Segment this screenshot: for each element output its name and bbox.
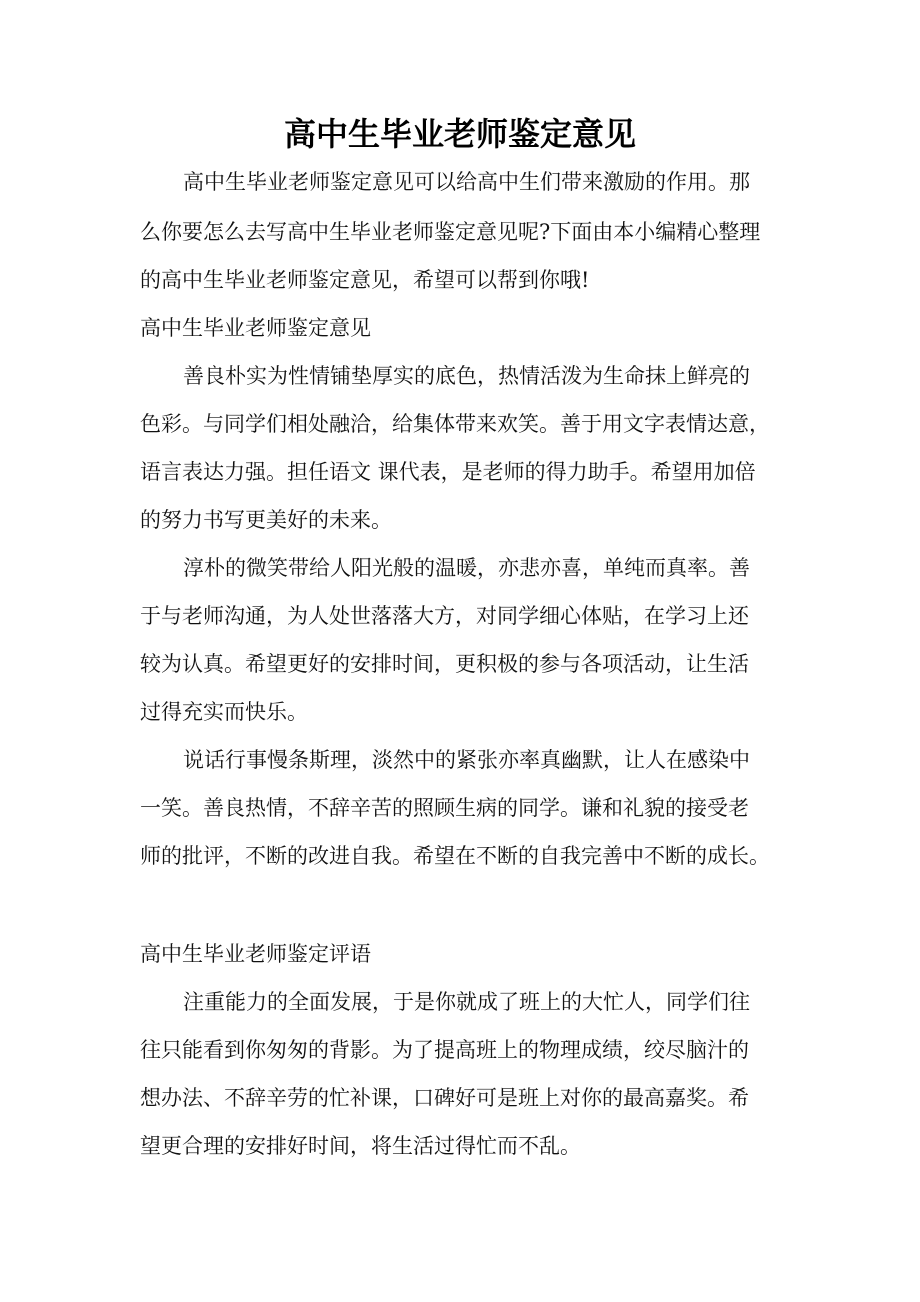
paragraph-line: 想办法、不辞辛劳的忙补课，口碑好可是班上对你的最高嘉奖。希	[140, 1083, 790, 1113]
paragraph-line: 于与老师沟通，为人处世落落大方，对同学细心体贴，在学习上还	[140, 601, 790, 631]
paragraph-line: 说话行事慢条斯理，淡然中的紧张亦率真幽默，让人在感染中	[183, 745, 790, 775]
intro-line: 的高中生毕业老师鉴定意见，希望可以帮到你哦!	[140, 265, 790, 295]
paragraph-line: 师的批评，不断的改进自我。希望在不断的自我完善中不断的成长。	[140, 841, 790, 871]
paragraph-line: 淳朴的微笑带给人阳光般的温暖，亦悲亦喜，单纯而真率。善	[183, 553, 790, 583]
section-heading: 高中生毕业老师鉴定评语	[140, 939, 790, 969]
document-title: 高中生毕业老师鉴定意见	[0, 112, 920, 156]
paragraph-line: 的努力书写更美好的未来。	[140, 505, 790, 535]
paragraph-line: 善良朴实为性情铺垫厚实的底色，热情活泼为生命抹上鲜亮的	[183, 361, 790, 391]
section-heading: 高中生毕业老师鉴定意见	[140, 313, 790, 343]
paragraph-line: 望更合理的安排好时间，将生活过得忙而不乱。	[140, 1131, 790, 1161]
paragraph-line: 色彩。与同学们相处融洽，给集体带来欢笑。善于用文字表情达意，	[140, 409, 790, 439]
document-page: 高中生毕业老师鉴定意见 高中生毕业老师鉴定意见可以给高中生们带来激励的作用。那 …	[0, 0, 920, 1302]
paragraph-line: 语言表达力强。担任语文 课代表，是老师的得力助手。希望用加倍	[140, 457, 790, 487]
paragraph-line: 往只能看到你匆匆的背影。为了提高班上的物理成绩，绞尽脑汁的	[140, 1035, 790, 1065]
paragraph-line: 较为认真。希望更好的安排时间，更积极的参与各项活动，让生活	[140, 649, 790, 679]
intro-line: 高中生毕业老师鉴定意见可以给高中生们带来激励的作用。那	[183, 167, 790, 197]
paragraph-line: 注重能力的全面发展，于是你就成了班上的大忙人，同学们往	[183, 987, 790, 1017]
paragraph-line: 一笑。善良热情，不辞辛苦的照顾生病的同学。谦和礼貌的接受老	[140, 793, 790, 823]
paragraph-line: 过得充实而快乐。	[140, 697, 790, 727]
intro-line: 么你要怎么去写高中生毕业老师鉴定意见呢?下面由本小编精心整理	[140, 217, 790, 247]
